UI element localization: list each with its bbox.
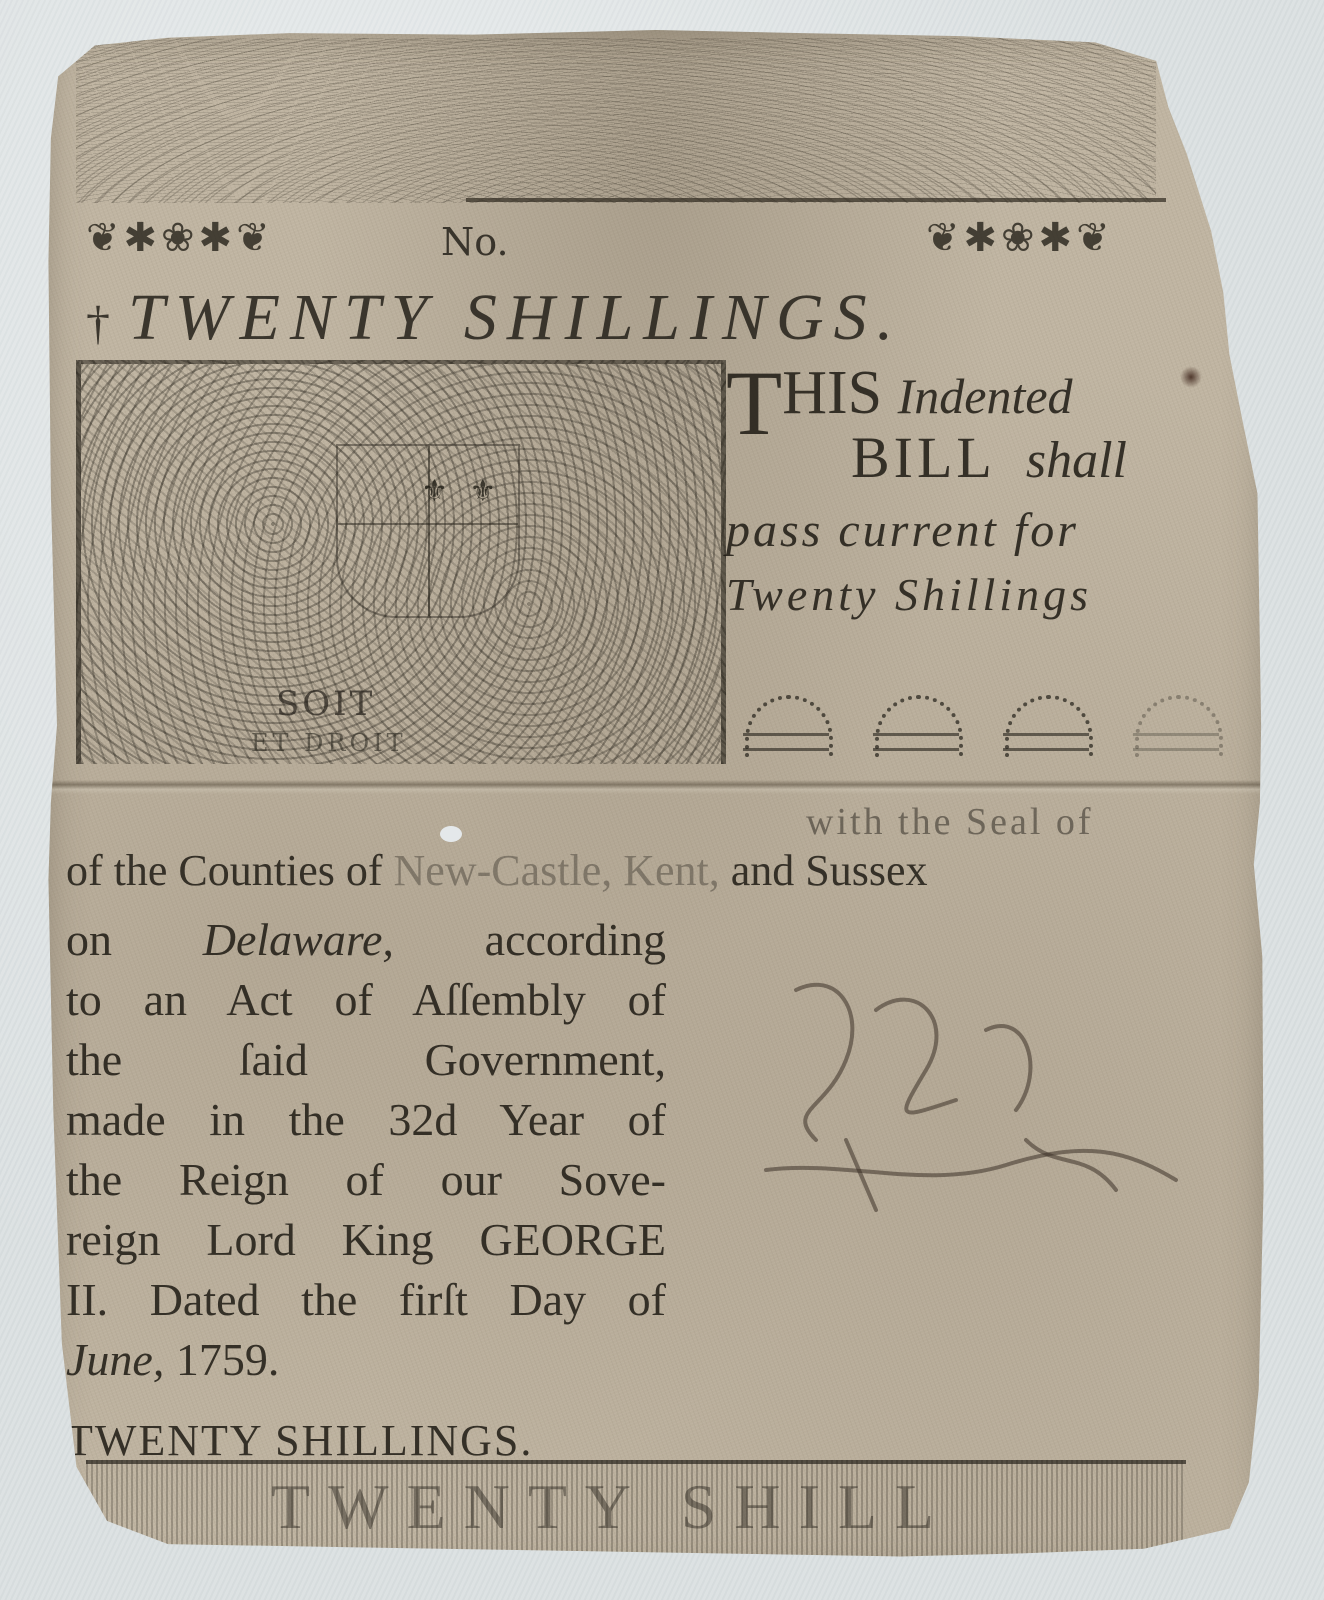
body-text-line: the Reign of our Sove- bbox=[66, 1150, 666, 1210]
body-text-fragment: the ſaid Government, bbox=[66, 1034, 666, 1085]
vignette-motto-line2: ET DROIT bbox=[251, 729, 407, 757]
body-text-fragment: Delaware, bbox=[203, 914, 394, 965]
paper-hole bbox=[440, 826, 462, 842]
body-text-line: reign Lord King GEORGE bbox=[66, 1210, 666, 1270]
counties-line-start: of the Counties of bbox=[66, 846, 383, 895]
body-text-fragment: II. Dated the firſt Day of bbox=[66, 1274, 666, 1325]
body-text-line: on Delaware, according bbox=[66, 910, 666, 970]
right-text-line2-italic: shall bbox=[1026, 432, 1127, 489]
denomination-heading-text: TWENTY SHILLINGS. bbox=[128, 281, 903, 354]
body-text-line: to an Act of Aſſembly of bbox=[66, 970, 666, 1030]
paper-fold-crease bbox=[46, 780, 1266, 794]
right-text-line2: BILLshall bbox=[851, 424, 1256, 491]
top-ornamental-border bbox=[76, 38, 1156, 203]
denomination-heading: †TWENTY SHILLINGS. bbox=[86, 280, 903, 356]
drop-cap: T bbox=[726, 352, 782, 454]
serial-number-field: No. bbox=[441, 220, 531, 264]
body-text-fragment: on bbox=[66, 914, 203, 965]
body-text-fragment: 1759. bbox=[164, 1334, 279, 1385]
counties-line-end: and Sussex bbox=[720, 846, 928, 895]
body-text-fragment: the Reign of our Sove- bbox=[66, 1154, 666, 1205]
right-text-line2-upright: BILL bbox=[851, 425, 996, 490]
act-of-assembly-text: on Delaware, accordingto an Act of Aſſem… bbox=[66, 910, 666, 1390]
flourish-ornament-right: ❦✱❀✱❦ bbox=[926, 215, 1114, 261]
right-text-line3: pass current for bbox=[726, 503, 1256, 558]
fleur-de-lis-icon: ⚜ ⚜ bbox=[421, 474, 502, 509]
body-text-fragment: made in the 32d Year of bbox=[66, 1094, 666, 1145]
right-text-line1-upright: HIS bbox=[782, 359, 882, 427]
handwritten-signature bbox=[726, 950, 1206, 1280]
bottom-denomination-title: TWENTY SHILLINGS. bbox=[66, 1415, 533, 1466]
counties-line: of the Counties of New-Castle, Kent, and… bbox=[66, 845, 928, 896]
right-text-block: THIS Indented BILLshall pass current for… bbox=[726, 360, 1256, 621]
body-text-fragment: according bbox=[394, 914, 666, 965]
body-text-fragment: June, bbox=[66, 1334, 164, 1385]
bank-note: ❦✱❀✱❦ No. ❦✱❀✱❦ †TWENTY SHILLINGS. ⚜ ⚜ S… bbox=[46, 30, 1266, 1575]
right-text-line4: Twenty Shillings bbox=[726, 568, 1256, 621]
cross-icon: † bbox=[86, 297, 120, 350]
body-text-fragment: reign Lord King GEORGE bbox=[66, 1214, 666, 1265]
crown-icon bbox=[1131, 695, 1221, 757]
shield-icon bbox=[336, 444, 520, 618]
body-text-line: June, 1759. bbox=[66, 1330, 666, 1390]
crown-icon bbox=[741, 695, 831, 757]
body-text-fragment: to an Act of Aſſembly of bbox=[66, 974, 666, 1025]
crown-icon bbox=[871, 695, 961, 757]
top-border-rule bbox=[466, 198, 1166, 202]
crowns-row bbox=[741, 695, 1221, 757]
body-text-line: II. Dated the firſt Day of bbox=[66, 1270, 666, 1330]
bottom-border-text: TWENTY SHILL bbox=[271, 1470, 952, 1544]
right-text-line1-italic: Indented bbox=[898, 368, 1073, 424]
body-text-line: made in the 32d Year of bbox=[66, 1090, 666, 1150]
crown-icon bbox=[1001, 695, 1091, 757]
vignette-motto: SOIT bbox=[276, 684, 375, 724]
seal-text-partial: with the Seal of bbox=[806, 800, 1094, 844]
ink-stain bbox=[1180, 366, 1202, 388]
counties-line-faded: New-Castle, Kent, bbox=[383, 846, 720, 895]
serial-label: No. bbox=[441, 220, 509, 264]
coat-of-arms-vignette: ⚜ ⚜ SOIT ET DROIT bbox=[76, 360, 726, 764]
flourish-ornament-left: ❦✱❀✱❦ bbox=[86, 215, 274, 261]
body-text-line: the ſaid Government, bbox=[66, 1030, 666, 1090]
